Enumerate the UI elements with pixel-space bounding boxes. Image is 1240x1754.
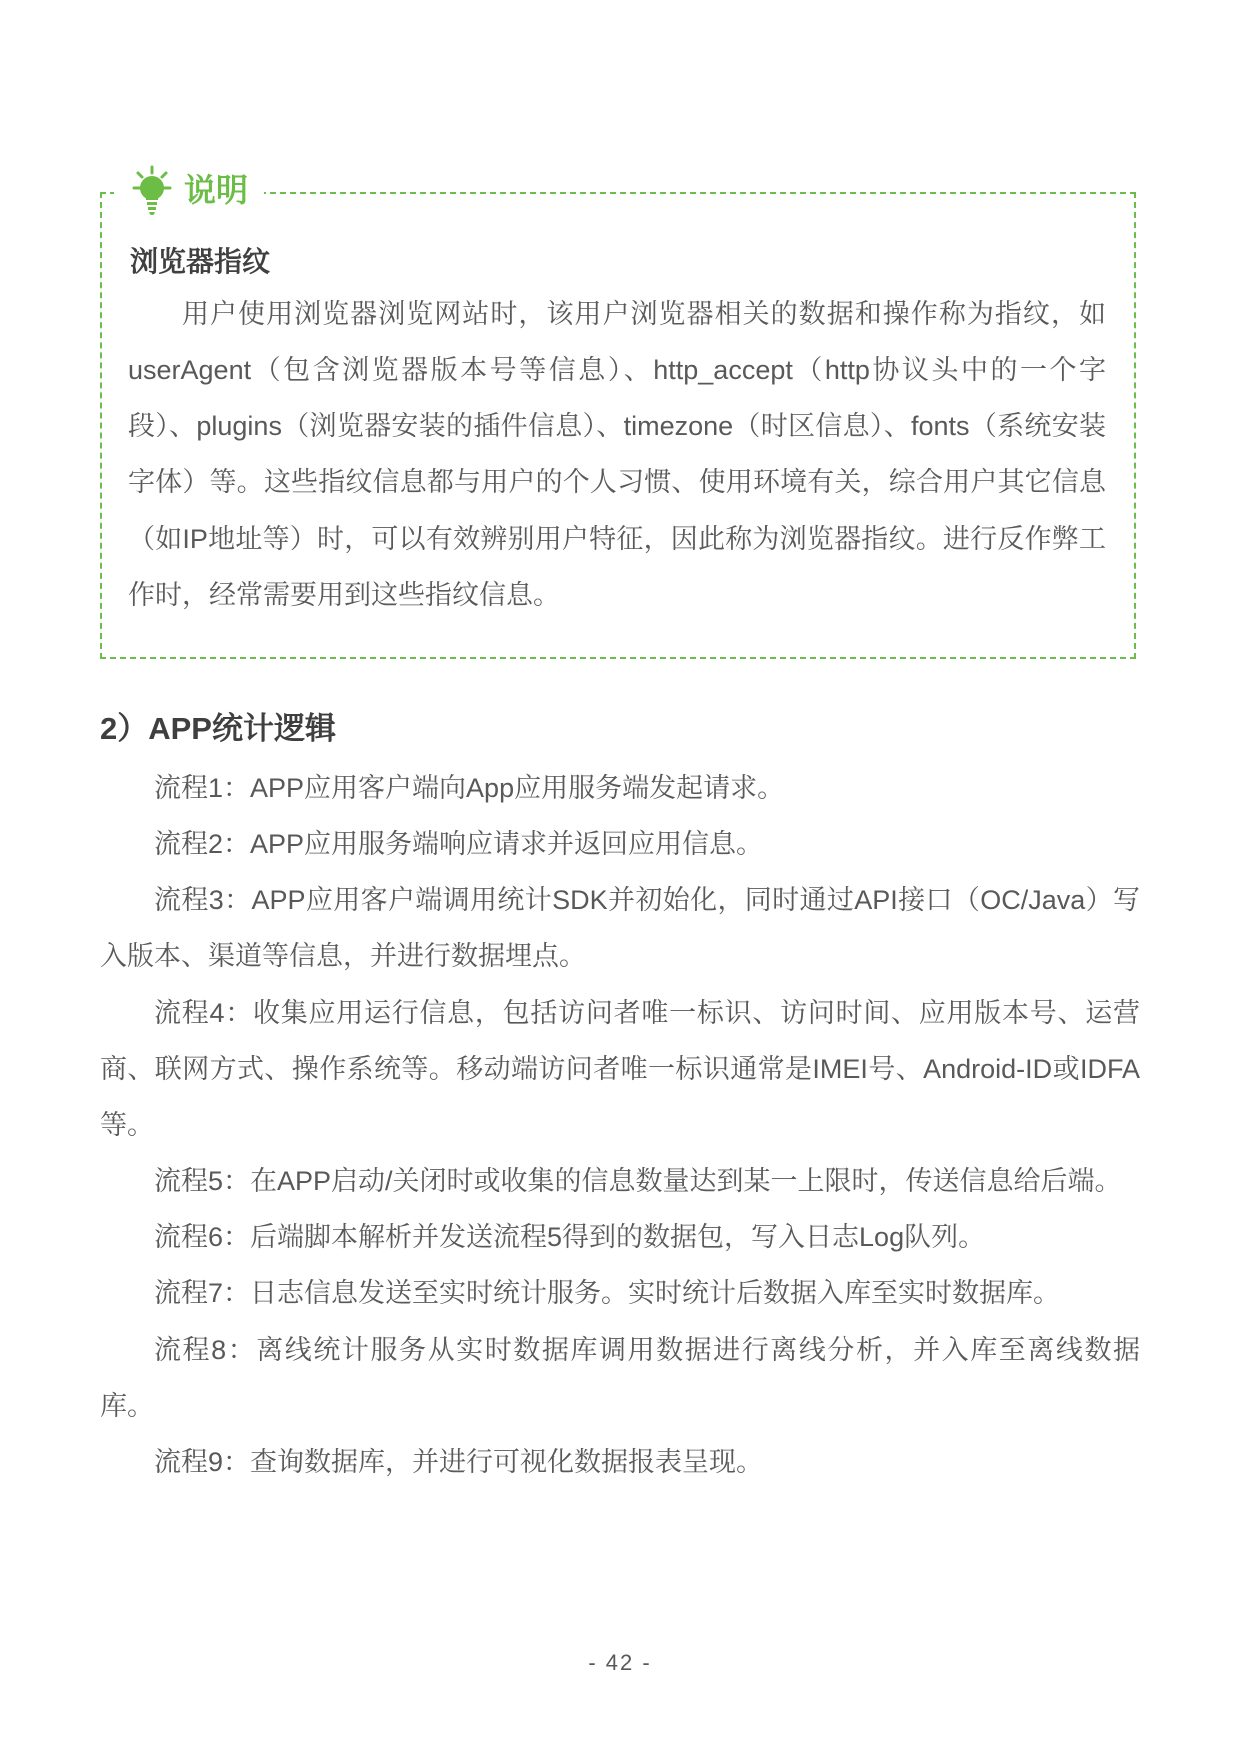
step-item-7: 流程7：日志信息发送至实时统计服务。实时统计后数据入库至实时数据库。 (100, 1265, 1140, 1321)
note-title-label: 说明 (184, 160, 248, 221)
step-item-8: 流程8：离线统计服务从实时数据库调用数据进行离线分析，并入库至离线数据库。 (100, 1322, 1140, 1434)
step-item-9: 流程9：查询数据库，并进行可视化数据报表呈现。 (100, 1434, 1140, 1490)
step-item-4: 流程4：收集应用运行信息，包括访问者唯一标识、访问时间、应用版本号、运营商、联网… (100, 985, 1140, 1153)
step-item-2: 流程2：APP应用服务端响应请求并返回应用信息。 (100, 816, 1140, 872)
note-paragraph: 用户使用浏览器浏览网站时，该用户浏览器相关的数据和操作称为指纹，如userAge… (128, 286, 1106, 623)
step-item-6: 流程6：后端脚本解析并发送流程5得到的数据包，写入日志Log队列。 (100, 1209, 1140, 1265)
step-item-5: 流程5：在APP启动/关闭时或收集的信息数量达到某一上限时，传送信息给后端。 (100, 1153, 1140, 1209)
page-number: - 42 - (0, 1650, 1240, 1676)
document-page: 说明 浏览器指纹 用户使用浏览器浏览网站时，该用户浏览器相关的数据和操作称为指纹… (0, 0, 1240, 1754)
note-subheading: 浏览器指纹 (130, 240, 1106, 280)
section-heading: 2）APP统计逻辑 (100, 703, 1140, 748)
steps-list: 流程1：APP应用客户端向App应用服务端发起请求。 流程2：APP应用服务端响… (100, 760, 1140, 1490)
lightbulb-icon (130, 164, 174, 216)
note-title: 说明 (114, 160, 264, 221)
step-item-3: 流程3：APP应用客户端调用统计SDK并初始化，同时通过API接口（OC/Jav… (100, 872, 1140, 984)
note-box: 说明 浏览器指纹 用户使用浏览器浏览网站时，该用户浏览器相关的数据和操作称为指纹… (100, 192, 1136, 659)
step-item-1: 流程1：APP应用客户端向App应用服务端发起请求。 (100, 760, 1140, 816)
